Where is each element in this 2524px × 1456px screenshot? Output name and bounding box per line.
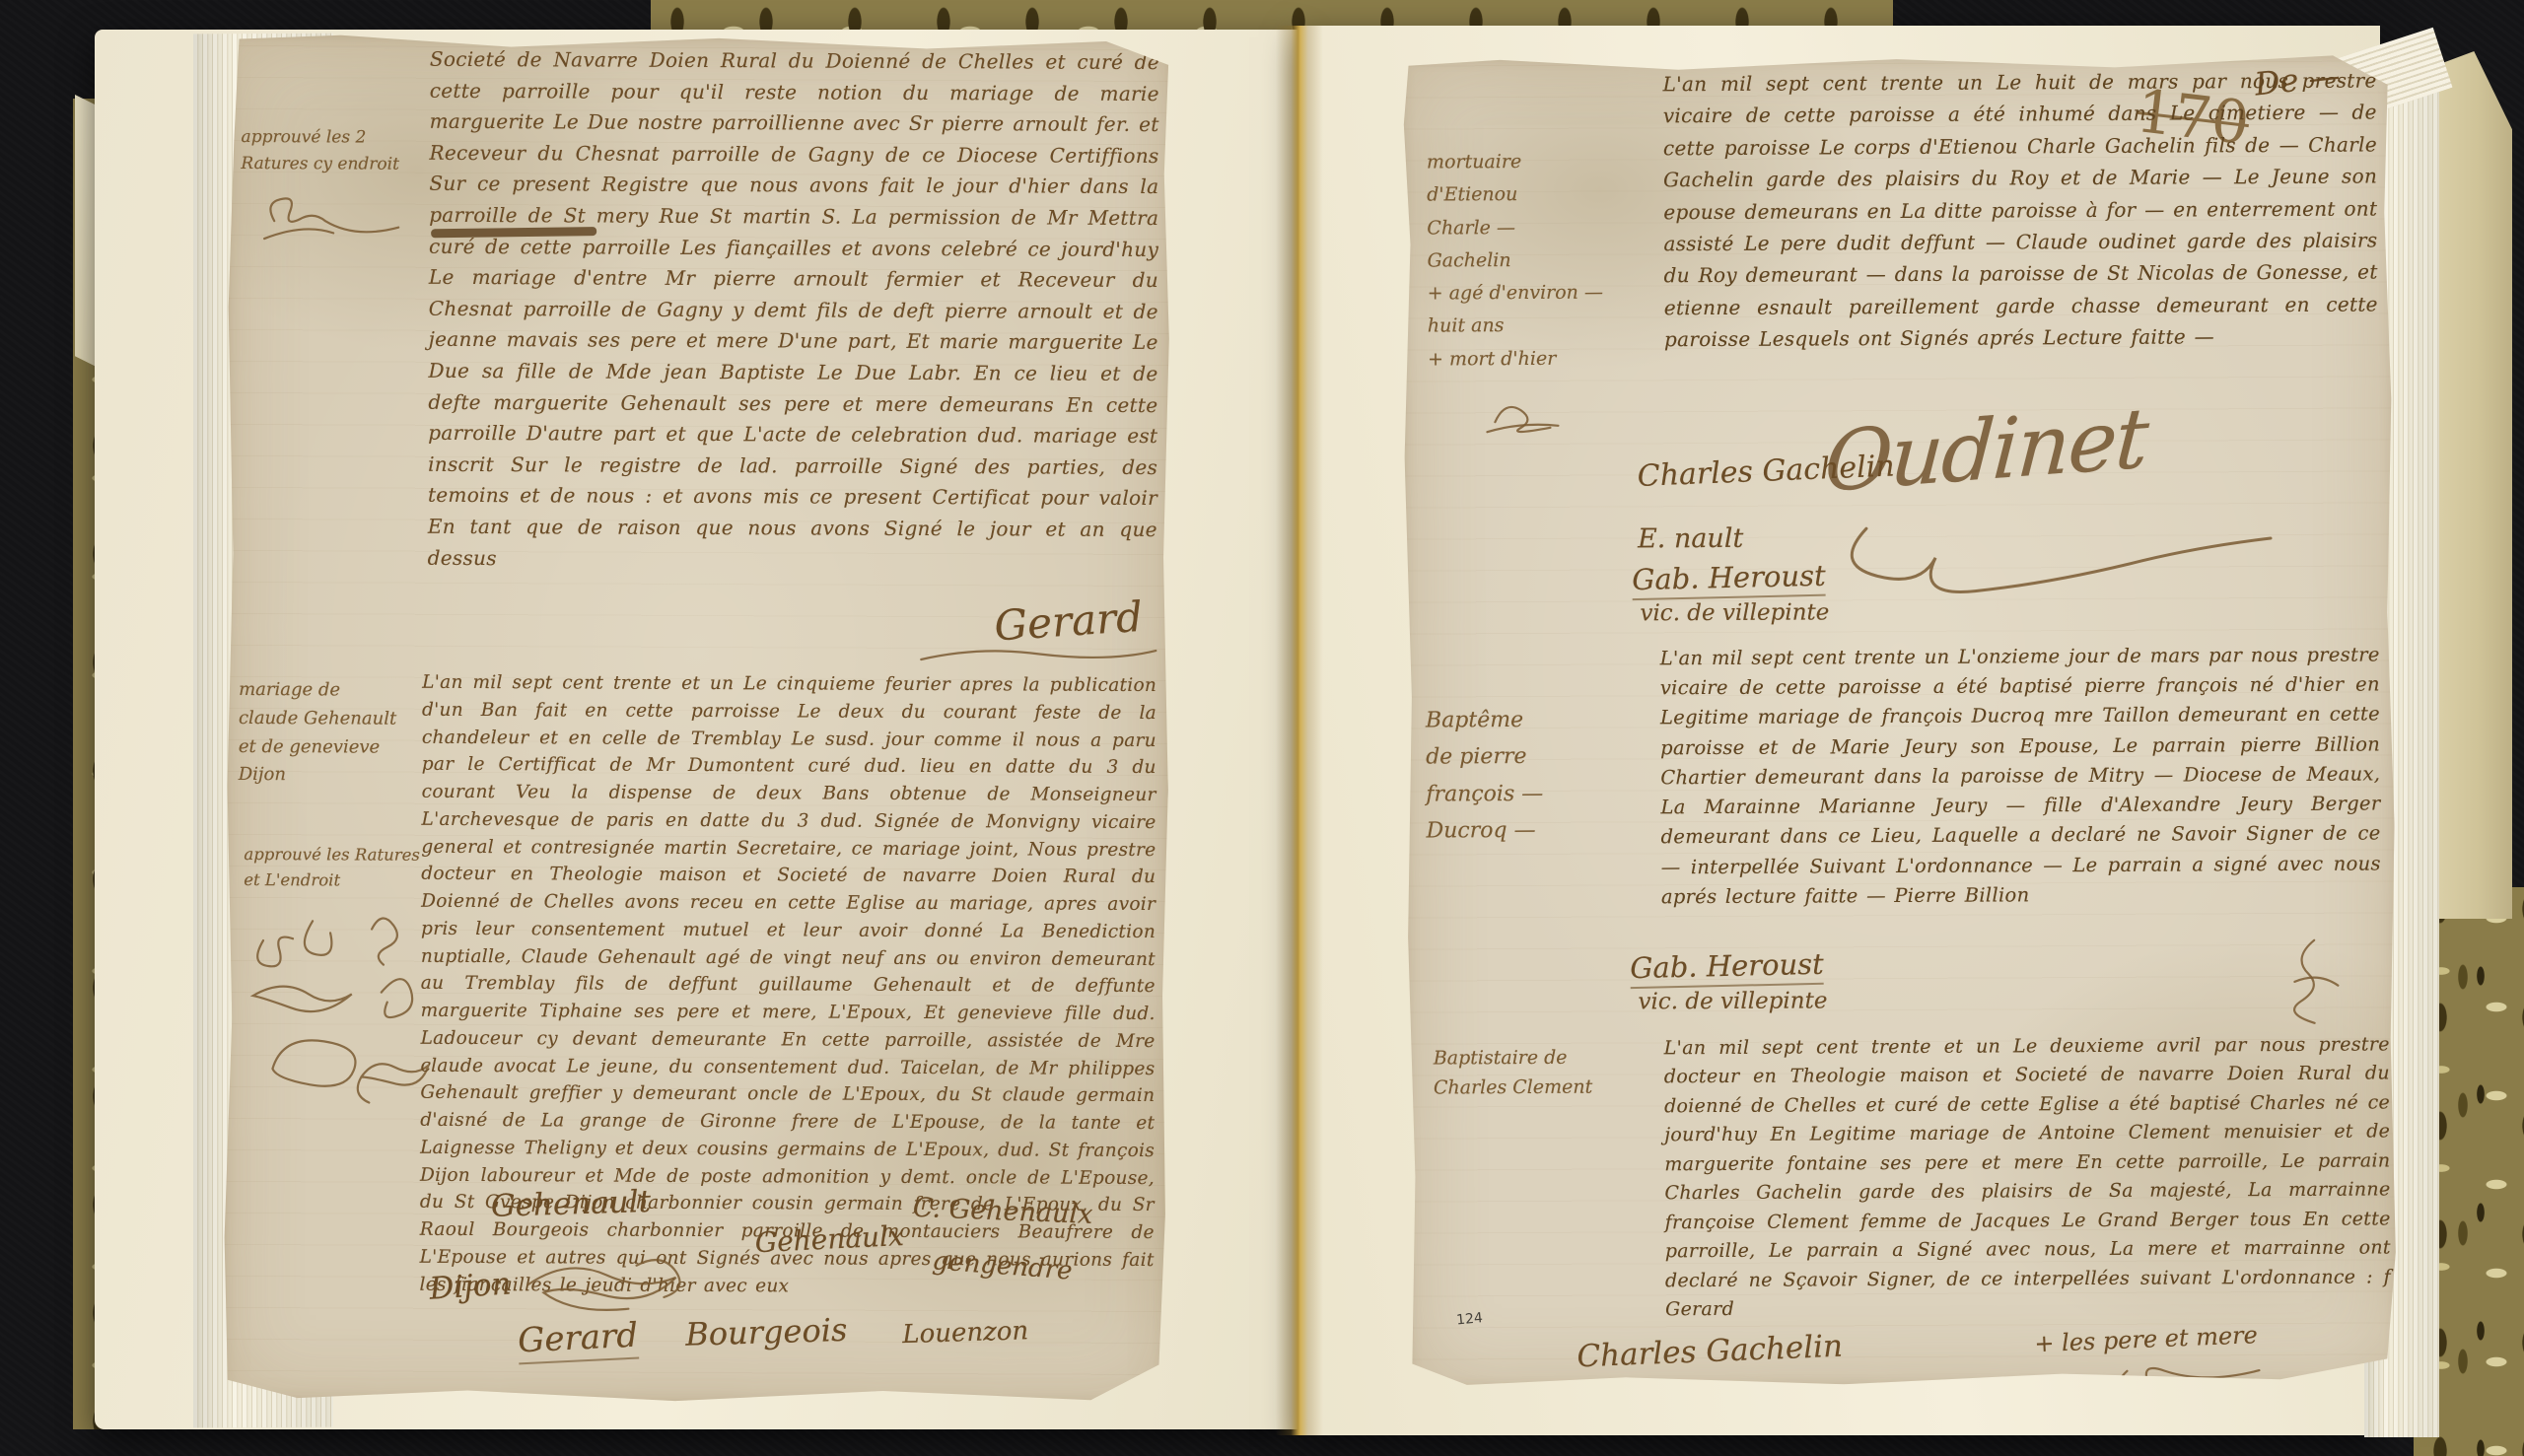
margin-note-mortuary-gachelin: mortuaire d'Etienou Charle — Gachelin + … — [1427, 145, 1649, 376]
right-entry-burial-text: L'an mil sept cent trente un Le huit de … — [1663, 64, 2379, 355]
margin-note-approved-erasures-top: approuvé les 2 Ratures cy endroit — [241, 124, 448, 178]
pencil-folio-number: 124 — [1455, 1310, 1483, 1328]
photograph-background: approuvé les 2 Ratures cy endroit Societ… — [0, 0, 2524, 1456]
margin-note-baptism-ducroq: Baptême de pierre françois — Ducroq — — [1426, 701, 1644, 850]
signature-vicar-title-entry1: vic. de villepinte — [1640, 599, 1829, 626]
signature-gab-heroust-entry2: Gab. Heroust — [1630, 947, 1824, 989]
signature-vicar-title-entry2: vic. de villepinte — [1638, 988, 1827, 1014]
signature-oudinet-large: Oudinet — [1822, 389, 2150, 511]
signature-gehenault: Gehenault — [490, 1184, 651, 1224]
book-gutter — [1276, 26, 1323, 1435]
right-entry-baptism-ducroq-text: L'an mil sept cent trente un L'onzieme j… — [1660, 640, 2381, 912]
cover-edge-right — [2427, 51, 2512, 919]
left-entry-certificate-text: Societé de Navarre Doien Rural du Doienn… — [428, 44, 1159, 577]
right-entry-baptism-clement-text: L'an mil sept cent trente et un Le deuxi… — [1664, 1030, 2392, 1324]
signature-louenzon: Louenzon — [902, 1316, 1029, 1350]
signature-charles-gachelin-entry3: Charles Gachelin — [1577, 1329, 1844, 1375]
oudinet-swash-flourish — [1827, 507, 2280, 597]
manuscript-leaf-left: approuvé les 2 Ratures cy endroit Societ… — [222, 34, 1172, 1406]
margin-paraph-mark — [1481, 392, 1570, 436]
margin-note-baptistaire-clement: Baptistaire de Charles Clement — [1434, 1042, 1700, 1103]
signature-dijon: Dijon — [428, 1266, 512, 1306]
signature-underline-flourish — [915, 642, 1161, 672]
paraph-flourish-top-left — [256, 181, 404, 251]
margin-note-marriage-gehenault: mariage de claude Gehenault et de genevi… — [239, 676, 452, 791]
signature-e-nault: E. nault — [1638, 523, 1743, 555]
manuscript-leaf-right: 170 De — mortuaire d'Etienou Charle — Ga… — [1400, 52, 2399, 1390]
billion-paraph-mark — [2280, 933, 2350, 1031]
signature-scribble-flourish — [518, 1245, 735, 1335]
signature-gab-heroust-entry1: Gab. Heroust — [1632, 559, 1826, 600]
